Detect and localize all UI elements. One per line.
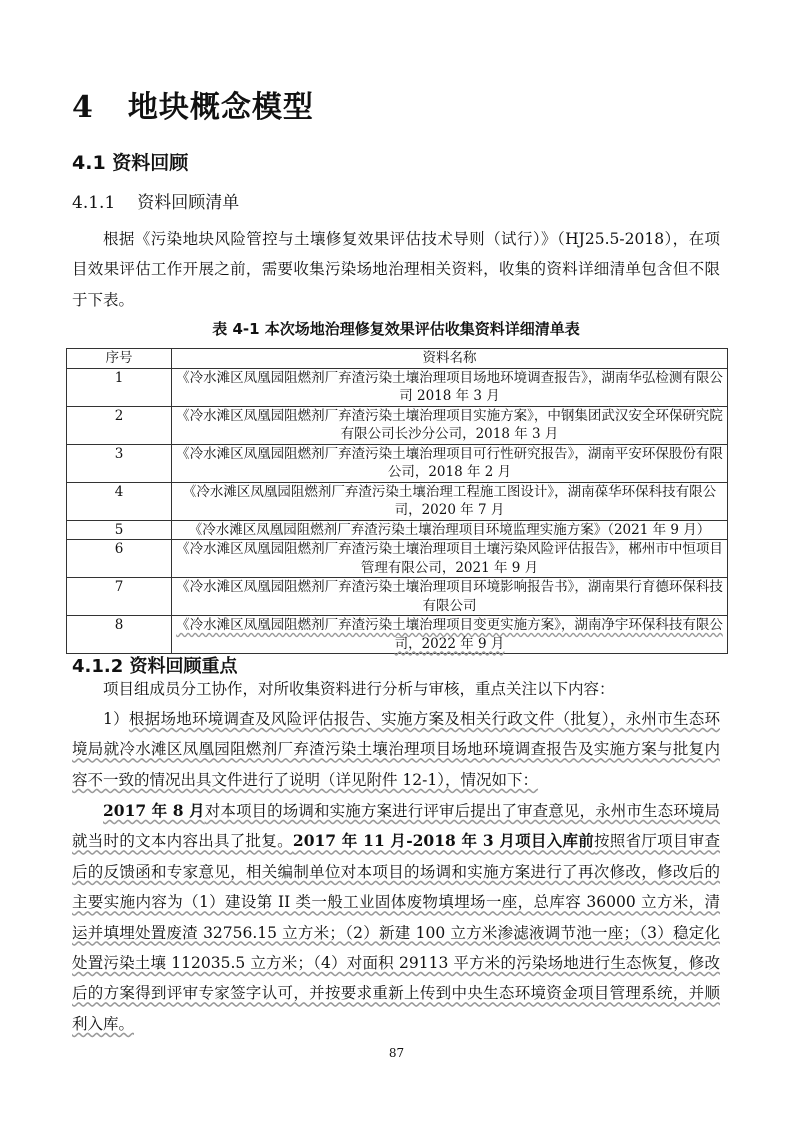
chapter-title: 地块概念模型 — [128, 90, 314, 125]
detail-paragraph: 2017 年 8 月对本项目的场调和实施方案进行评审后提出了审查意见，永州市生态… — [72, 796, 720, 1039]
row-index: 1 — [67, 368, 172, 406]
row-name: 《冷水滩区凤凰园阻燃剂厂弃渣污染土壤治理项目可行性研究报告》，湖南平安环保股份有… — [172, 444, 728, 482]
detail-text-2: 按照省厅项目审查后的反馈函和专家意见，相关编制单位对本项目的场调和实施方案进行了… — [72, 832, 720, 1032]
item-1-prefix: 1） — [103, 710, 129, 728]
row-index: 2 — [67, 406, 172, 444]
page-number: 87 — [0, 1046, 793, 1060]
table-caption: 表 4-1 本次场地治理修复效果评估收集资料详细清单表 — [72, 318, 720, 339]
table-row: 7 《冷水滩区凤凰园阻燃剂厂弃渣污染土壤治理项目环境影响报告书》，湖南果行育德环… — [67, 578, 728, 616]
table-row: 8 《冷水滩区凤凰园阻燃剂厂弃渣污染土壤治理项目变更实施方案》，湖南净宇环保科技… — [67, 616, 728, 654]
header-index: 序号 — [67, 349, 172, 369]
row-index: 6 — [67, 540, 172, 578]
row-name: 《冷水滩区凤凰园阻燃剂厂弃渣污染土壤治理项目实施方案》，中钢集团武汉安全环保研究… — [172, 406, 728, 444]
row-name: 《冷水滩区凤凰园阻燃剂厂弃渣污染土壤治理项目场地环境调查报告》，湖南华弘检测有限… — [172, 368, 728, 406]
row-index: 8 — [67, 616, 172, 654]
table-row: 1 《冷水滩区凤凰园阻燃剂厂弃渣污染土壤治理项目场地环境调查报告》，湖南华弘检测… — [67, 368, 728, 406]
section-heading: 4.1 资料回顾 — [72, 148, 188, 175]
detail-date-1: 2017 年 8 月 — [103, 801, 205, 820]
table-row: 5 《冷水滩区凤凰园阻燃剂厂弃渣污染土壤治理项目环境监理实施方案》（2021 年… — [67, 520, 728, 540]
row-name: 《冷水滩区凤凰园阻燃剂厂弃渣污染土壤治理项目环境影响报告书》，湖南果行育德环保科… — [172, 578, 728, 616]
reference-table: 序号 资料名称 1 《冷水滩区凤凰园阻燃剂厂弃渣污染土壤治理项目场地环境调查报告… — [66, 348, 728, 654]
chapter-heading: 4地块概念模型 — [72, 82, 314, 126]
item-1-text: 根据场地环境调查及风险评估报告、实施方案及相关行政文件（批复），永州市生态环境局… — [72, 710, 720, 789]
chapter-number: 4 — [72, 90, 94, 125]
table-row: 6 《冷水滩区凤凰园阻燃剂厂弃渣污染土壤治理项目土壤污染风险评估报告》，郴州市中… — [67, 540, 728, 578]
table-header-row: 序号 资料名称 — [67, 349, 728, 369]
header-name: 资料名称 — [172, 349, 728, 369]
intro-paragraph: 根据《污染地块风险管控与土壤修复效果评估技术导则（试行）》（HJ25.5-201… — [72, 224, 720, 315]
focus-intro-paragraph: 项目组成员分工协作，对所收集资料进行分析与审核，重点关注以下内容： — [72, 674, 720, 704]
table-row: 3 《冷水滩区凤凰园阻燃剂厂弃渣污染土壤治理项目可行性研究报告》，湖南平安环保股… — [67, 444, 728, 482]
row-name: 《冷水滩区凤凰园阻燃剂厂弃渣污染土壤治理项目土壤污染风险评估报告》，郴州市中恒项… — [172, 540, 728, 578]
row-index: 7 — [67, 578, 172, 616]
subsection-heading: 4.1.1资料回顾清单 — [72, 188, 239, 213]
subsection-title: 资料回顾清单 — [137, 193, 239, 213]
row-index: 3 — [67, 444, 172, 482]
subsection-number: 4.1.1 — [72, 193, 115, 213]
table-row: 2 《冷水滩区凤凰园阻燃剂厂弃渣污染土壤治理项目实施方案》，中钢集团武汉安全环保… — [67, 406, 728, 444]
row-name: 《冷水滩区凤凰园阻燃剂厂弃渣污染土壤治理工程施工图设计》，湖南葆华环保科技有限公… — [172, 482, 728, 520]
detail-date-2: 2017 年 11 月-2018 年 3 月项目入库前 — [293, 831, 594, 850]
item-1-paragraph: 1）根据场地环境调查及风险评估报告、实施方案及相关行政文件（批复），永州市生态环… — [72, 704, 720, 795]
table-row: 4 《冷水滩区凤凰园阻燃剂厂弃渣污染土壤治理工程施工图设计》，湖南葆华环保科技有… — [67, 482, 728, 520]
row-name: 《冷水滩区凤凰园阻燃剂厂弃渣污染土壤治理项目变更实施方案》，湖南净宇环保科技有限… — [172, 616, 728, 654]
row-index: 4 — [67, 482, 172, 520]
row-index: 5 — [67, 520, 172, 540]
row-name: 《冷水滩区凤凰园阻燃剂厂弃渣污染土壤治理项目环境监理实施方案》（2021 年 9… — [172, 520, 728, 540]
detail-text: 2017 年 8 月对本项目的场调和实施方案进行评审后提出了审查意见，永州市生态… — [72, 802, 720, 1033]
